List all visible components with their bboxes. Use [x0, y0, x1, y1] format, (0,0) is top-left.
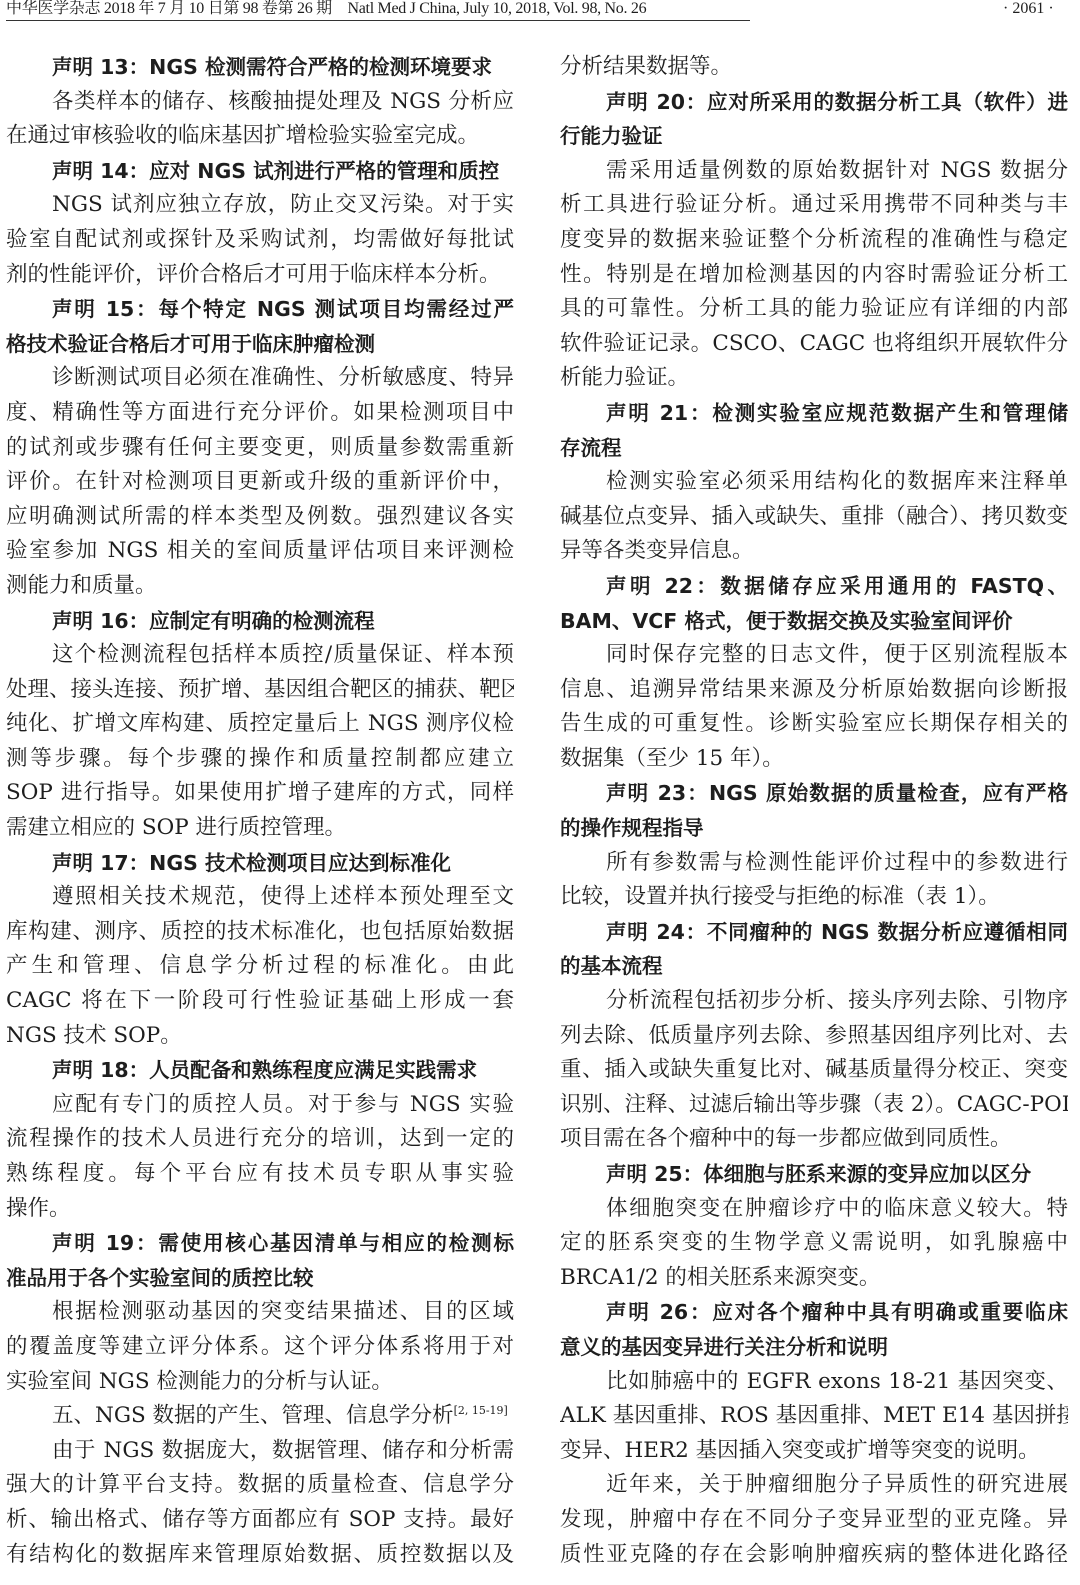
body-text-line: 质性亚克隆的存在会影响肿瘤疾病的整体进化路径	[560, 1538, 1068, 1573]
statement-heading-line: 声明 20：应对所采用的数据分析工具（软件）进	[560, 85, 1068, 120]
body-text-line: 根据检测驱动基因的突变结果描述、目的区域	[6, 1295, 514, 1330]
statement-heading-line: 的基本流程	[560, 949, 1068, 984]
body-text-line: BRCA1/2 的相关胚系来源突变。	[560, 1261, 1068, 1296]
body-text-line: 应配有专门的质控人员。对于参与 NGS 实验	[6, 1088, 514, 1123]
body-text-line: 重、插入或缺失重复比对、碱基质量得分校正、突变	[560, 1053, 1068, 1088]
right-column: 分析结果数据等。声明 20：应对所采用的数据分析工具（软件）进行能力验证需采用适…	[560, 50, 1068, 1572]
statement-heading-line: 声明 24：不同瘤种的 NGS 数据分析应遵循相同	[560, 915, 1068, 950]
body-text-line: 度变异的数据来验证整个分析流程的准确性与稳定	[560, 223, 1068, 258]
statement-heading-line: 意义的基因变异进行关注分析和说明	[560, 1330, 1068, 1365]
statement-heading-line: 声明 23：NGS 原始数据的质量检查，应有严格	[560, 776, 1068, 811]
body-text-line: 熟练程度。每个平台应有技术员专职从事实验	[6, 1157, 514, 1192]
body-text-line: 变异、HER2 基因插入突变或扩增等突变的说明。	[560, 1434, 1068, 1469]
body-text-line: 比如肺癌中的 EGFR exons 18-21 基因突变、	[560, 1365, 1068, 1400]
body-text-line: 遵照相关技术规范，使得上述样本预处理至文	[6, 880, 514, 915]
statement-heading-line: 的操作规程指导	[560, 811, 1068, 846]
body-text-line: 库构建、测序、质控的技术标准化，也包括原始数据	[6, 915, 514, 950]
body-text-line: 纯化、扩增文库构建、质控定量后上 NGS 测序仪检	[6, 707, 514, 742]
body-text-line: 析、输出格式、储存等方面都应有 SOP 支持。最好	[6, 1503, 514, 1538]
statement-heading-line: BAM、VCF 格式，便于数据交换及实验室间评价	[560, 604, 1068, 639]
body-text-line: 数据集（至少 15 年）。	[560, 742, 1068, 777]
body-text-line: 性。特别是在增加检测基因的内容时需验证分析工	[560, 258, 1068, 293]
body-text-line: 异等各类变异信息。	[560, 534, 1068, 569]
statement-heading-line: 声明 15：每个特定 NGS 测试项目均需经过严	[6, 292, 514, 327]
body-text-line: 这个检测流程包括样本质控/质量保证、样本预	[6, 638, 514, 673]
body-text-line: 流程操作的技术人员进行充分的培训，达到一定的	[6, 1122, 514, 1157]
body-text-line: 的覆盖度等建立评分体系。这个评分体系将用于对	[6, 1330, 514, 1365]
body-text-line: 检测实验室必须采用结构化的数据库来注释单	[560, 465, 1068, 500]
running-head: 中华医学杂志 2018 年 7 月 10 日第 98 卷第 26 期 Natl …	[6, 0, 750, 21]
body-text-line: 操作。	[6, 1192, 514, 1227]
body-text-line: 由于 NGS 数据庞大，数据管理、储存和分析需	[6, 1434, 514, 1469]
body-text-line: 析能力验证。	[560, 361, 1068, 396]
body-text-line: 识别、注释、过滤后输出等步骤（表 2）。CAGC-POI	[560, 1088, 1068, 1123]
statement-heading-line: 存流程	[560, 431, 1068, 466]
body-text-line: SOP 进行指导。如果使用扩增子建库的方式，同样	[6, 776, 514, 811]
statement-heading-line: 声明 25：体细胞与胚系来源的变异应加以区分	[560, 1157, 1068, 1192]
body-text-line: 实验室间 NGS 检测能力的分析与认证。	[6, 1365, 514, 1400]
body-text-line: 软件验证记录。CSCO、CAGC 也将组织开展软件分	[560, 327, 1068, 362]
statement-heading-line: 格技术验证合格后才可用于临床肿瘤检测	[6, 327, 514, 362]
statement-heading-line: 声明 14：应对 NGS 试剂进行严格的管理和质控	[6, 154, 514, 189]
body-text-line: 的试剂或步骤有任何主要变更，则质量参数需重新	[6, 431, 514, 466]
body-text-line: NGS 试剂应独立存放，防止交叉污染。对于实	[6, 188, 514, 223]
statement-heading-line: 声明 21：检测实验室应规范数据产生和管理储	[560, 396, 1068, 431]
statement-heading-line: 声明 17：NGS 技术检测项目应达到标准化	[6, 846, 514, 881]
body-text-line: CAGC 将在下一阶段可行性验证基础上形成一套	[6, 984, 514, 1019]
body-text-line: 度、精确性等方面进行充分评价。如果检测项目中	[6, 396, 514, 431]
body-text-line: 强大的计算平台支持。数据的质量检查、信息学分	[6, 1468, 514, 1503]
body-text-line: 诊断测试项目必须在准确性、分析敏感度、特异	[6, 361, 514, 396]
journal-citation: 中华医学杂志 2018 年 7 月 10 日第 98 卷第 26 期 Natl …	[6, 0, 646, 17]
reference-superscript: [2, 15-19]	[454, 1404, 508, 1417]
body-text-line: 析工具进行验证分析。通过采用携带不同种类与丰	[560, 188, 1068, 223]
body-text-line: 评价。在针对检测项目更新或升级的重新评价中，	[6, 465, 514, 500]
body-text-line: 近年来，关于肿瘤细胞分子异质性的研究进展	[560, 1468, 1068, 1503]
body-text-line: 验室参加 NGS 相关的室间质量评估项目来评测检	[6, 534, 514, 569]
body-text-line: 具的可靠性。分析工具的能力验证应有详细的内部	[560, 292, 1068, 327]
body-text-line: 碱基位点变异、插入或缺失、重排（融合）、拷贝数变	[560, 500, 1068, 535]
statement-heading-line: 声明 16：应制定有明确的检测流程	[6, 604, 514, 639]
body-text-line: 剂的性能评价，评价合格后才可用于临床样本分析。	[6, 258, 514, 293]
body-text-line: 列去除、低质量序列去除、参照基因组序列比对、去	[560, 1019, 1068, 1054]
body-text-line: 定的胚系突变的生物学意义需说明，如乳腺癌中	[560, 1226, 1068, 1261]
page-number: · 2061 ·	[1003, 0, 1054, 18]
body-text-line: 产生和管理、信息学分析过程的标准化。由此	[6, 949, 514, 984]
statement-heading-line: 声明 13：NGS 检测需符合严格的检测环境要求	[6, 50, 514, 85]
body-text-line: 需采用适量例数的原始数据针对 NGS 数据分	[560, 154, 1068, 189]
body-text-line: NGS 技术 SOP。	[6, 1019, 514, 1054]
body-text-line: 应明确测试所需的样本类型及例数。强烈建议各实	[6, 500, 514, 535]
body-text-line: 各类样本的储存、核酸抽提处理及 NGS 分析应	[6, 85, 514, 120]
section-heading-line: 五、NGS 数据的产生、管理、信息学分析[2, 15-19]	[6, 1399, 514, 1434]
statement-heading-line: 行能力验证	[560, 119, 1068, 154]
body-text-line: 验室自配试剂或探针及采购试剂，均需做好每批试	[6, 223, 514, 258]
left-column: 声明 13：NGS 检测需符合严格的检测环境要求各类样本的储存、核酸抽提处理及 …	[6, 50, 514, 1572]
body-text-line: 所有参数需与检测性能评价过程中的参数进行	[560, 846, 1068, 881]
body-text-line: 发现，肿瘤中存在不同分子变异亚型的亚克隆。异	[560, 1503, 1068, 1538]
statement-heading-line: 准品用于各个实验室间的质控比较	[6, 1261, 514, 1296]
body-text-line: 信息、追溯异常结果来源及分析原始数据向诊断报	[560, 673, 1068, 708]
body-text-line: 有结构化的数据库来管理原始数据、质控数据以及	[6, 1538, 514, 1573]
body-text-line: 告生成的可重复性。诊断实验室应长期保存相关的	[560, 707, 1068, 742]
body-text-line: 比较，设置并执行接受与拒绝的标准（表 1）。	[560, 880, 1068, 915]
body-text-line: 在通过审核验收的临床基因扩增检验实验室完成。	[6, 119, 514, 154]
statement-heading-line: 声明 22：数据储存应采用通用的 FASTQ、	[560, 569, 1068, 604]
statement-heading-line: 声明 19：需使用核心基因清单与相应的检测标	[6, 1226, 514, 1261]
body-text-line: 处理、接头连接、预扩增、基因组合靶区的捕获、靶区	[6, 673, 514, 708]
body-text-line: 分析流程包括初步分析、接头序列去除、引物序	[560, 984, 1068, 1019]
statement-heading-line: 声明 18：人员配备和熟练程度应满足实践需求	[6, 1053, 514, 1088]
body-text-line: ALK 基因重排、ROS 基因重排、MET E14 基因拼接	[560, 1399, 1068, 1434]
body-text-line: 分析结果数据等。	[560, 50, 1068, 85]
statement-heading-line: 声明 26：应对各个瘤种中具有明确或重要临床	[560, 1295, 1068, 1330]
body-text-line: 项目需在各个瘤种中的每一步都应做到同质性。	[560, 1122, 1068, 1157]
body-text-line: 测等步骤。每个步骤的操作和质量控制都应建立	[6, 742, 514, 777]
body-text-line: 同时保存完整的日志文件，便于区别流程版本	[560, 638, 1068, 673]
body-text-line: 体细胞突变在肿瘤诊疗中的临床意义较大。特	[560, 1192, 1068, 1227]
body-text-line: 测能力和质量。	[6, 569, 514, 604]
body-text-line: 需建立相应的 SOP 进行质控管理。	[6, 811, 514, 846]
